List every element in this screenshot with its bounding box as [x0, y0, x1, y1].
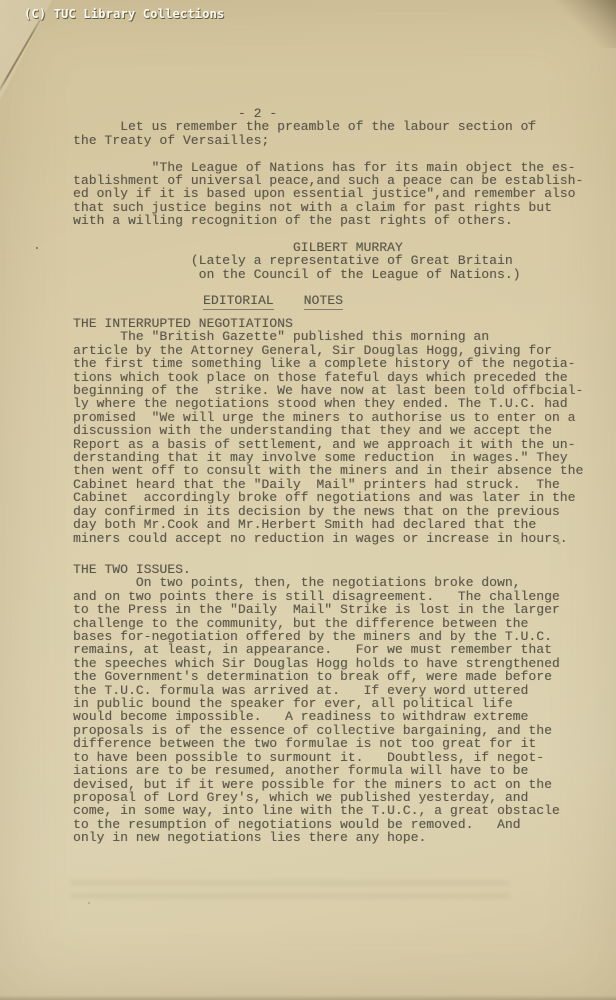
- section-interrupted-negotiations: THE INTERRUPTED NEGOTIATIONS The "Britis…: [73, 317, 583, 545]
- paper-speckles: [36, 247, 38, 249]
- top-right-corner-shadow: [554, 0, 616, 48]
- editorial-notes-heading: EDITORIALNOTES: [203, 294, 343, 307]
- ink-bleed-smudge: [70, 880, 510, 906]
- watermark-copyright: (C) TUC Library Collections: [24, 7, 224, 21]
- page-number-preamble-and-attribution: - 2 - Let us remember the preamble of th…: [73, 107, 583, 281]
- notes-word: NOTES: [304, 293, 343, 310]
- bottom-edge-shadow: [0, 995, 616, 1000]
- editorial-word: EDITORIAL: [203, 293, 274, 310]
- section-two-issues: THE TWO ISSUES. On two points, then, the…: [73, 563, 560, 845]
- scanned-document-page: (C) TUC Library Collections - 2 - Let us…: [0, 0, 616, 1000]
